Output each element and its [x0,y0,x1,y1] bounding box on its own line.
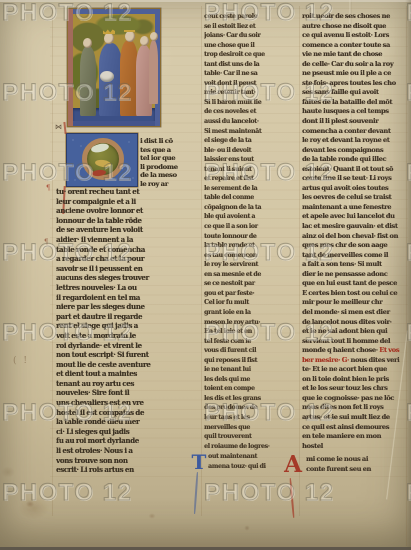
text-line: et le los seur touz les chrs [302,384,408,394]
text-line: toient en compe [204,384,298,394]
text-line: Si mest maintenāt [204,127,298,137]
text-line: dier ie ne pensasse adonc [302,270,408,280]
photo-edge-right [405,0,411,550]
text-line: le roy le servirent [204,260,298,270]
text-line: ie ne tenant lui [204,365,298,375]
text-line: ble qui avoient a [204,212,298,222]
text-line: les dels qui me [204,375,298,385]
text-line: toute lonnour de [204,232,298,242]
text-line: de la meso [140,171,204,180]
text-line: vous di furent cil [204,346,298,356]
column2-text: ceut ceste parolese il estoit liez etjoi… [204,12,298,451]
text-line: estoient· Quant il ot tout sō [302,165,408,175]
text-line: ber mesire· G· nous dites veri [302,356,408,366]
text-line: faites de la bataille del mōt [302,98,408,108]
text-line: ainz oi del bon cheval· fist on [302,232,408,242]
figure-attendant [149,40,158,104]
paraph-mark-brown: ¶ [44,238,48,246]
figure-cleric [80,46,96,116]
text-line: de ces noveles et [204,107,298,117]
text-line: des prudomes de [204,403,298,413]
text-line: En tel ioie et en [204,327,298,337]
text-line: te· Et ie ne acort bien que [302,365,408,375]
text-line: tel ior que [140,154,204,163]
text-line: a fait a son tens· Si mult [302,260,408,270]
frame-band-bottom [68,121,160,126]
text-line: a regarder cha et la pour [56,254,204,264]
text-line: Si li baron mult lie [204,98,298,108]
column1-text: tu· orent recheu tant etleur compaignie … [56,187,204,475]
text-line: lac et mesire gauvain· et dist [302,222,408,232]
text-line: et apele avec lui lancelot du [302,212,408,222]
text-line: vie ne mie tant de chose [302,50,408,60]
text-line: escrit· Li rois artus en [56,465,204,475]
text-line: aidier· il viennent a la [56,235,204,245]
text-line: artus· et ie sui mult liez de [302,413,408,423]
text-line: grant ioie en la [204,308,298,318]
text-line: gou et par feste· [204,289,298,299]
text-line: leur tans et les [204,413,298,423]
text-line: la table ronde et [204,241,298,251]
text-line: le roy et devant la royne et [302,136,408,146]
nota-mark: ( ! [13,356,29,366]
text-line: autre chose ne disoit que [302,22,408,32]
text-line: ce que il a son ior [204,222,298,232]
text-line: maintenant a une fenestre [302,203,408,213]
text-line: qui reposes il fist [204,356,298,366]
text-line: en sa mesnie et de [204,270,298,280]
text-line: part et dautre il regarde [56,312,204,322]
text-line: lonnour de la table rōde [56,216,204,226]
text-line: Cel ior fu mult [204,298,298,308]
text-line: mie retenir tant· [204,88,298,98]
text-line: une chose que il [204,41,298,51]
text-line: de la table ronde qui illec [302,155,408,165]
text-line: hostel [302,442,408,452]
text-line: E certes bien tost ou celui ce [302,289,408,299]
text-line: et ie ne sai adont bien qui [302,327,408,337]
text-line: el roiaume de logres· [204,442,298,452]
text-line: de se aventure len voloit [56,225,204,235]
text-line: quil trouverent [204,432,298,442]
initial-T-pen-tail [194,472,198,514]
text-line: li est otroies· Nous i a [56,446,204,456]
text-line: de celle· Car du soir a la roy [302,60,408,70]
text-line: la table ronde dieu mer [56,417,204,427]
text-line: es tau comencon [204,251,298,261]
text-line: devant les compaignons [302,146,408,156]
text-line: mout lie de ceste aventure [56,360,204,370]
text-line: le serement de la [204,184,298,194]
text-line: el siege de la ta [204,136,298,146]
text-line: meson le roy artu· [204,318,298,328]
text-line: comence a conter toute sa [302,41,408,51]
paraph-mark-red: ¶ [46,184,50,192]
text-line: ses sans faille qui avoit [302,88,408,98]
text-line: les dis et les grans [204,394,298,404]
text-line: roit ueoir de ses choses ne [302,12,408,22]
text-line: anciene ovoire lonnor et [56,206,204,216]
text-line: en tele maniere en mon [302,432,408,442]
text-line: voit este a mordrain le [56,331,204,341]
text-line: et dient tout a maintes [56,369,204,379]
column1-side-text: i dist li cōtes que atel ior queli prodo… [140,137,204,188]
initial-letter-A: A [283,452,303,478]
text-line: conte furent seu en [306,465,406,475]
watermark-text: PHOTO 12 [204,479,334,507]
text-line: aussi du lancelot· [204,117,298,127]
text-line: tenant au roy artu ces [56,379,204,389]
text-line: comencha a conter devant [302,127,408,137]
text-line: uns chevaliers est en vre [56,398,204,408]
initial-letter-T: T [190,451,208,473]
ruling-vertical [299,6,300,516]
white-helm [100,71,114,82]
text-line: i dist li cō [140,137,204,146]
text-line: ce qui avenu li estoit· Lors [302,31,408,41]
text-line: laissier ens tout [204,155,298,165]
text-line: ques mes chr de son aage [302,241,408,251]
ruling-vertical [52,6,53,516]
text-line: ne pseust mie ou il ple a ce [302,69,408,79]
text-line: que en lui eust tant de pesce [302,279,408,289]
text-line: niere par les sieges dune [56,302,204,312]
text-line: servient tout li homme del [302,337,408,347]
watermark-text: PHOTO 12 [2,479,132,507]
manuscript-photo: ⋈ ¶ ¶ ( ! i dist li cōtes que atel ior q… [0,0,411,550]
text-line: aucuns des sieges trouver [56,273,204,283]
text-line: table ronde et comencha [56,245,204,255]
text-line: del monde· si men est dier [302,308,408,318]
text-line: tant de merveilles come il [302,251,408,261]
text-line: ble· ou il devoit [204,146,298,156]
frame-band-top [68,9,160,14]
text-line: mir pour le meilleur chr [302,298,408,308]
gold-circlet [124,30,135,32]
text-line: que ie cognoisse· pas ne lōc [302,394,408,404]
text-line: tu· orent recheu tant et [56,187,204,197]
text-line: ci· Li sieges qui jadis [56,427,204,437]
text-line: dont il li plest souvenir [302,117,408,127]
text-line: lettres nouveles· La ou [56,283,204,293]
initial-A-pen-tail [289,478,294,518]
initial-flourish-top [63,122,66,134]
text-line: li prodome [140,163,204,172]
court-scene-miniature [67,8,161,127]
text-line: non tout escript· Si furent [56,350,204,360]
text-line: vons trouve son non [56,456,204,466]
guide-mark: ⋈ [55,123,62,131]
text-line: ce quil est ainsi demoures [302,423,408,433]
illuminated-initial-C [66,133,138,187]
text-line: se ce nestoit par [204,279,298,289]
text-line: nous dites non fet li roys [302,403,408,413]
text-line: artus qui avoit oies toutes [302,184,408,194]
text-line: les oevres de celui se traist [302,193,408,203]
text-line: cōpaignon de la ta [204,203,298,213]
text-line: tel feste com ie [204,337,298,347]
text-line: mi come ie nous ai [306,455,406,465]
figure-noble-rose-head [140,36,149,46]
text-line: tes que a [140,146,204,155]
text-line: roi dyrlande· et virent le [56,341,204,351]
text-line: et repaire et fist [204,174,298,184]
text-line: table· Car il ne sa [204,69,298,79]
text-line: se il estoit liez et [204,22,298,32]
figure-king-head [104,33,114,44]
text-line: tant dist uns de la [204,60,298,70]
column3-text: roit ueoir de ses choses neautre chose n… [302,12,408,451]
text-line: conte fine il se teut· Li roys [302,174,408,184]
photo-edge-top [0,0,411,2]
text-line: hostel il est compains de [56,408,204,418]
text-line: ste fois· apres toutes les cho [302,79,408,89]
text-line: nouveles· Sire font il [56,388,204,398]
text-line: monde q haient chose· Et vos [302,346,408,356]
text-line: table del conme [204,193,298,203]
figure-attendant-head [150,32,158,41]
column3-final-paragraph: mi come ie nous aiconte furent seu en [306,455,406,474]
text-line: joians· Car du soir [204,31,298,41]
text-line: ceut ceste parole [204,12,298,22]
text-line: fu au roi mort dyrlande [56,436,204,446]
figure-cleric-head [83,38,92,48]
text-line: haute iusques a cel temps [302,107,408,117]
text-line: voit dont il peust [204,79,298,89]
figure-noble-orange-head [125,31,135,42]
text-line: savoir se il i peussent en [56,264,204,274]
text-line: trop desiroit ce que [204,50,298,60]
text-line: de lancelot nous dites voir· [302,318,408,328]
text-line: tenant li suient [204,165,298,175]
text-line: il regardoient en tel ma [56,293,204,303]
text-line: rent el siege qui jadis a [56,321,204,331]
text-line: on li toie doint bien le pris [302,375,408,385]
text-line: merveilles que [204,423,298,433]
text-line: leur compaignie et a li [56,197,204,207]
